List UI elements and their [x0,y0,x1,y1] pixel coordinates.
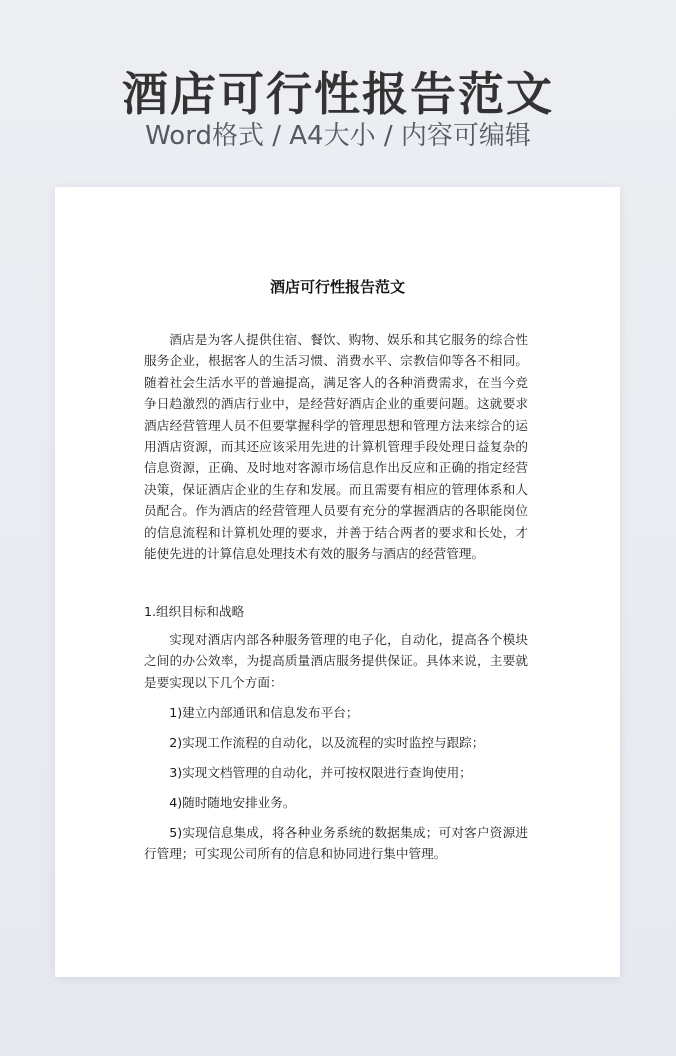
banner-title: 酒店可行性报告范文 [0,64,676,124]
banner-subtitle: Word格式 / A4大小 / 内容可编辑 [0,118,676,154]
intro-paragraph: 酒店是为客人提供住宿、餐饮、购物、娱乐和其它服务的综合性服务企业，根据客人的生活… [144,329,528,564]
document-title: 酒店可行性报告范文 [55,275,620,299]
section-heading: 1.组织目标和战略 [144,601,244,622]
list-item: 3)实现文档管理的自动化，并可按权限进行查询使用； [144,762,534,783]
section-paragraph: 实现对酒店内部各种服务管理的电子化，自动化，提高各个模块之间的办公效率，为提高质… [144,629,528,693]
list-item: 5)实现信息集成，将各种业务系统的数据集成；可对客户资源进行管理；可实现公司所有… [144,822,528,865]
list-item: 1)建立内部通讯和信息发布平台； [144,702,534,723]
document-page: 酒店可行性报告范文 酒店是为客人提供住宿、餐饮、购物、娱乐和其它服务的综合性服务… [55,187,620,977]
intro-section: 酒店是为客人提供住宿、餐饮、购物、娱乐和其它服务的综合性服务企业，根据客人的生活… [144,329,528,564]
list-item: 4)随时随地安排业务。 [144,792,534,813]
list-item: 2)实现工作流程的自动化，以及流程的实时监控与跟踪； [144,732,534,753]
goal-list: 1)建立内部通讯和信息发布平台； 2)实现工作流程的自动化，以及流程的实时监控与… [144,702,534,873]
section-body: 实现对酒店内部各种服务管理的电子化，自动化，提高各个模块之间的办公效率，为提高质… [144,629,528,693]
